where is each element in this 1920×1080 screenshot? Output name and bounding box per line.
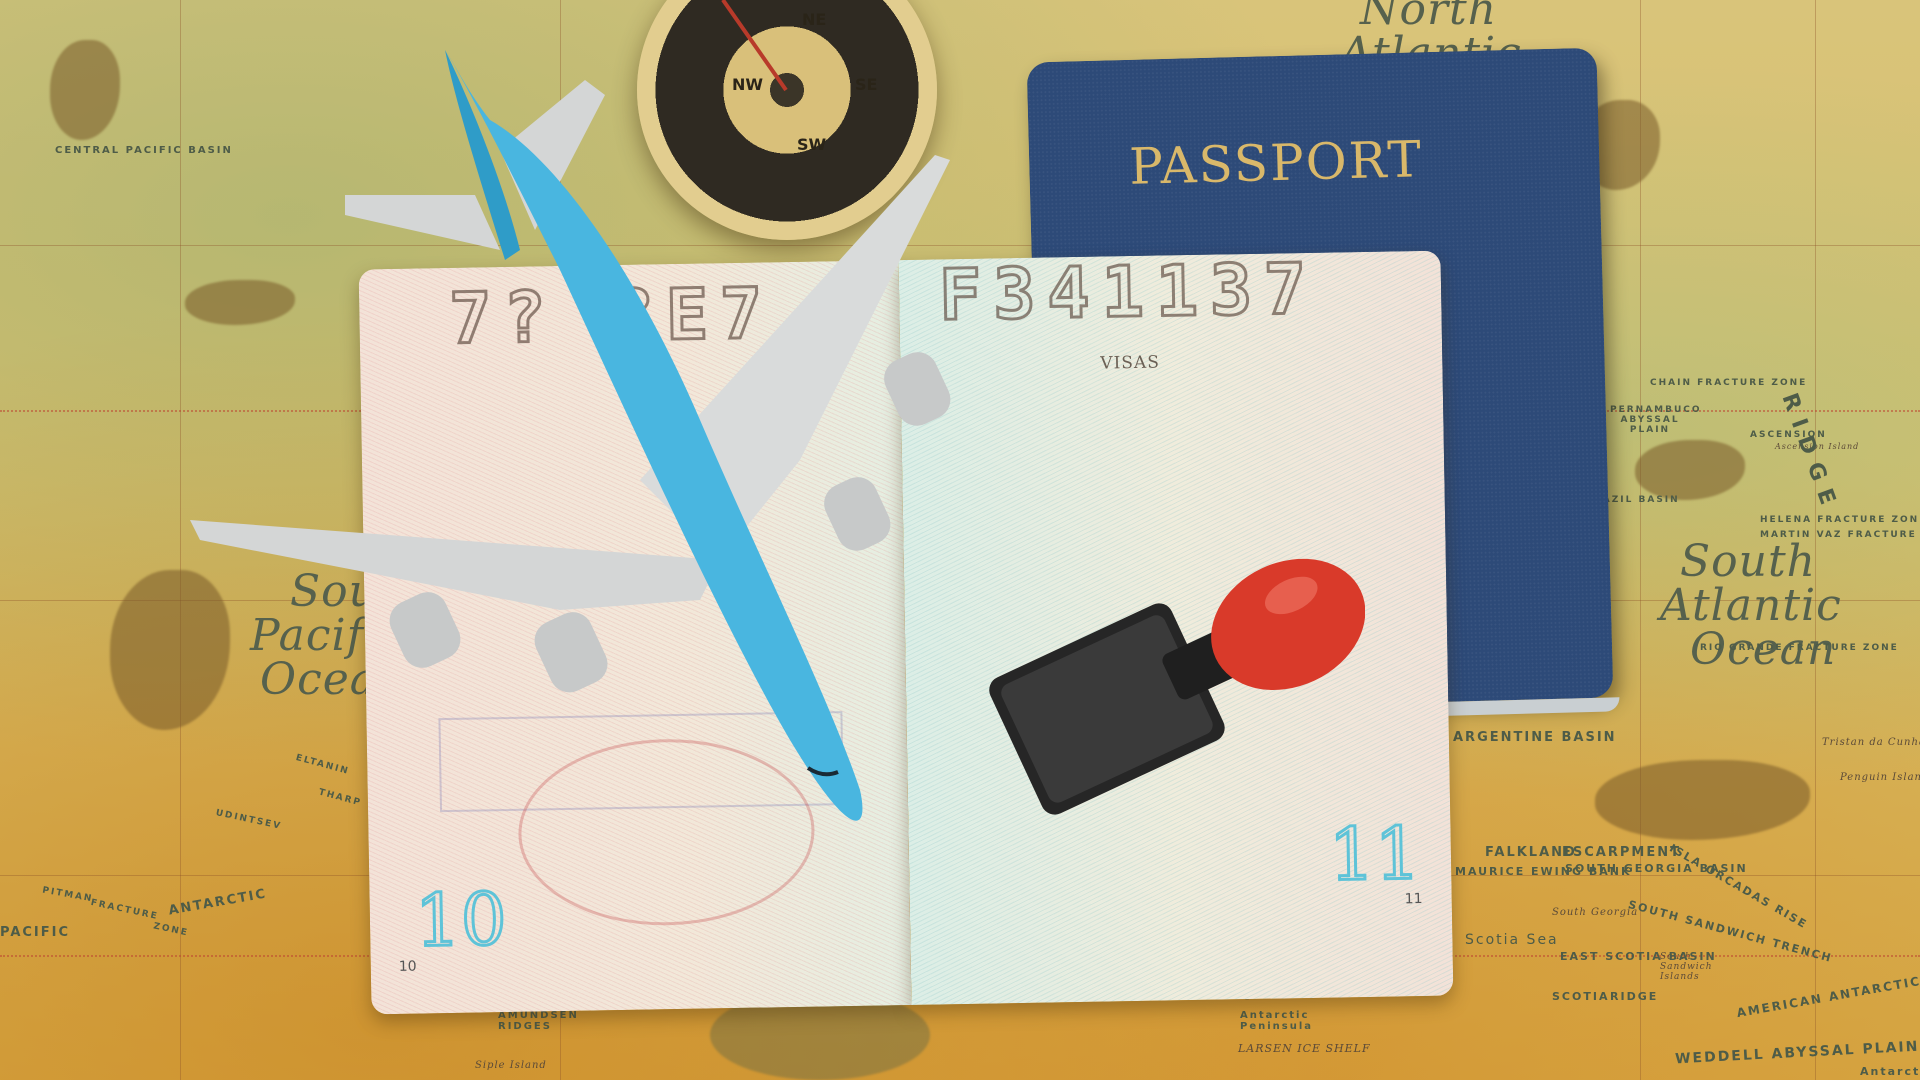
- map-gridline: [0, 245, 1920, 246]
- ship-illustration: [50, 40, 120, 140]
- page-number-large: 11: [1328, 811, 1421, 897]
- map-feature-label: ANTARCTIC: [167, 886, 268, 918]
- rubber-stamp: [975, 500, 1365, 820]
- map-feature-label: CHAIN FRACTURE ZONE: [1650, 378, 1807, 388]
- map-feature-label: FRACTURE: [90, 898, 160, 922]
- ocean-label-line: South: [1680, 540, 1842, 584]
- map-feature-label: PERNAMBUCO ABYSSAL PLAIN: [1610, 405, 1690, 435]
- map-gridline: [180, 0, 181, 1080]
- map-feature-label: AMUNDSEN RIDGES: [498, 1010, 578, 1032]
- passport-left-page: 7? ?E7 10 10: [359, 260, 912, 1014]
- map-feature-label: CENTRAL PACIFIC BASIN: [55, 145, 233, 156]
- map-feature-label: SCOTIA: [1552, 990, 1609, 1003]
- sea-creature-illustration: [1635, 440, 1745, 500]
- map-feature-label: AMERICAN ANTARCTIC RIDGE: [1736, 964, 1920, 1020]
- page-number-small: 11: [1405, 891, 1423, 907]
- map-feature-label: ESCARPMENT: [1562, 845, 1681, 860]
- map-feature-label: HELENA FRACTURE ZONE: [1760, 515, 1920, 525]
- page-number-small: 10: [399, 959, 417, 975]
- map-feature-label: EAST SCOTIA BASIN: [1560, 950, 1717, 963]
- perforated-number: 7? ?E7: [449, 272, 775, 360]
- map-feature-label: Antarctic Peninsula: [1240, 1010, 1320, 1032]
- map-feature-label: South Georgia: [1552, 907, 1638, 918]
- compass-direction-label: NE: [802, 10, 826, 29]
- map-feature-label: LARSEN ICE SHELF: [1238, 1042, 1371, 1055]
- map-feature-label: ELTANIN: [295, 753, 351, 777]
- map-feature-label: Siple Island: [475, 1060, 547, 1071]
- page-number-large: 10: [414, 877, 507, 963]
- map-feature-label: MARTIN VAZ FRACTURE: [1760, 530, 1917, 540]
- map-feature-label: Penguin Island: [1840, 772, 1920, 783]
- compass-direction-label: SE: [855, 75, 877, 94]
- map-feature-label: WEDDELL ABYSSAL PLAIN: [1675, 1039, 1920, 1068]
- map-feature-label: Scotia Sea: [1465, 932, 1559, 948]
- map-feature-label: ARGENTINE BASIN: [1453, 730, 1617, 745]
- map-feature-label: RIO GRANDE FRACTURE ZONE: [1700, 643, 1899, 653]
- passport-cover-title: PASSPORT: [1129, 130, 1424, 196]
- map-feature-label: THARP: [317, 787, 362, 808]
- map-feature-label: Antarctic: [1860, 1065, 1920, 1078]
- map-feature-label: PACIFIC: [0, 925, 70, 940]
- perforated-number: F341137: [938, 248, 1318, 337]
- map-feature-label: RIDGE: [1610, 990, 1658, 1003]
- compass-direction-label: SW: [797, 135, 826, 154]
- compass-direction-label: NW: [732, 75, 763, 94]
- map-feature-label: Tristan da Cunha: [1822, 737, 1920, 748]
- map-feature-label: PITMAN: [42, 886, 95, 905]
- map-feature-label: UDINTSEV: [215, 808, 283, 832]
- sea-creature-illustration: [185, 280, 295, 325]
- ship-illustration: [110, 570, 230, 730]
- sea-creature-illustration: [1595, 760, 1810, 840]
- map-feature-label: ZONE: [152, 921, 189, 938]
- ocean-label-line: Atlantic: [1660, 584, 1842, 628]
- rubber-stamp-handle: [1190, 534, 1365, 714]
- visas-heading: VISAS: [1100, 353, 1160, 374]
